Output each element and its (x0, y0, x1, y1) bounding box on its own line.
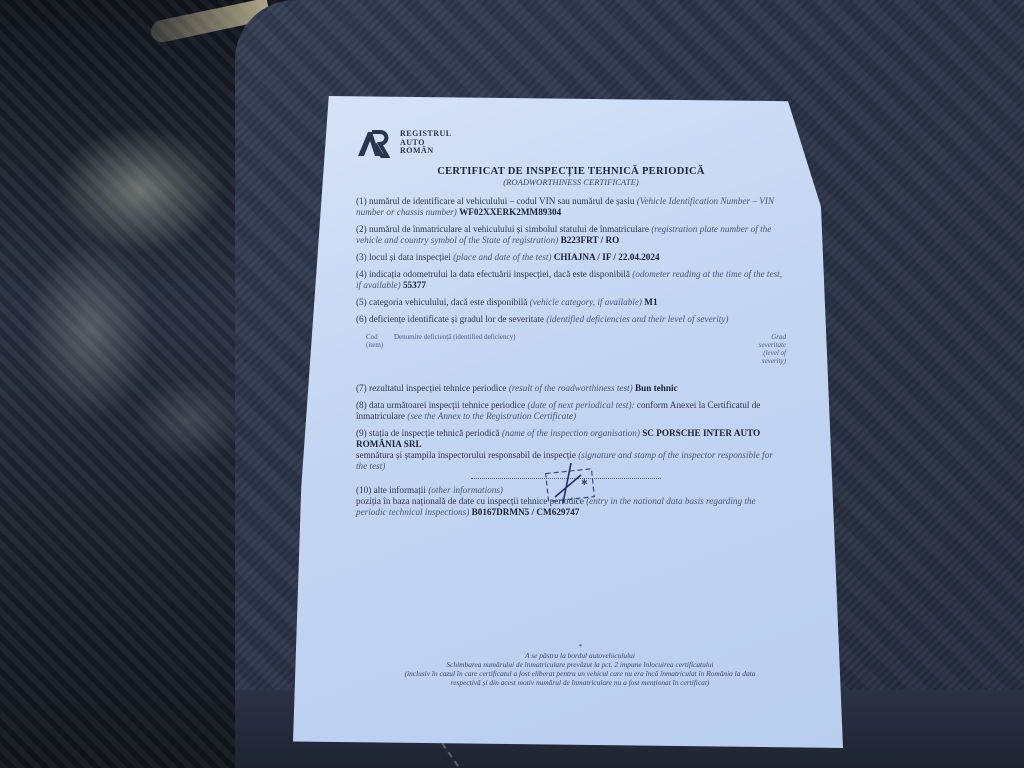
rar-logo: REGISTRUL AUTO ROMÂN (356, 126, 786, 160)
national-db-entry-value: B0167DRMN5 / CM629747 (472, 507, 580, 517)
footer-line-3: (inclusiv în cazul în care certificatul … (370, 669, 790, 678)
field-label: (10) alte informații (356, 485, 426, 495)
logo-line-3: ROMÂN (400, 147, 452, 156)
field-result: (7) rezultatul inspecției tehnice period… (356, 383, 786, 394)
place-date-value: CHIAJNA / IF / 22.04.2024 (554, 252, 660, 262)
field-odometer: (4) indicația odometrului la data efectu… (356, 269, 786, 291)
field-label: (7) rezultatul inspecției tehnice period… (356, 383, 507, 393)
footer-marker: * (370, 642, 790, 651)
footer-line-1: A se păstra la bordul autovehiculului (370, 651, 790, 660)
certificate-subtitle: (ROADWORTHINESS CERTIFICATE) (356, 177, 786, 188)
col-code: Cod (item) (366, 333, 394, 365)
footer-line-2: Schimbarea numărului de înmatriculare pr… (370, 660, 790, 669)
odometer-value: 55377 (403, 280, 426, 290)
field-label-en: (other informations) (428, 485, 503, 495)
svg-text:✱: ✱ (581, 478, 588, 487)
next-test-value-en: (see the Annex to the Registration Certi… (407, 411, 576, 421)
field-vin: (1) numărul de identificare al vehiculul… (356, 196, 786, 218)
registration-value: B223FRT / RO (561, 235, 620, 245)
field-label: (6) deficiențe identificate și gradul lo… (356, 314, 544, 324)
field-deficiencies: (6) deficiențe identificate și gradul lo… (356, 314, 786, 325)
field-label: (9) stația de inspecție tehnică periodic… (356, 428, 500, 438)
field-label-en: (identified deficiencies and their level… (546, 314, 728, 324)
col-deficiency-name: Denumire deficiență (identified deficien… (394, 333, 756, 365)
certificate-content: REGISTRUL AUTO ROMÂN CERTIFICAT DE INSPE… (356, 126, 786, 524)
field-label-en: (name of the inspection organisation) (502, 428, 640, 438)
footer-line-4: respectivă și din acest motiv numărul de… (370, 678, 790, 687)
rar-logo-icon (356, 128, 392, 158)
field-label: (5) categoria vehiculului, dacă este dis… (356, 297, 527, 307)
certificate-footer: * A se păstra la bordul autovehiculului … (370, 642, 790, 687)
field-label: (2) numărul de înmatriculare al vehiculu… (356, 224, 649, 234)
result-value: Bun tehnic (635, 383, 678, 393)
certificate-title: CERTIFICAT DE INSPECȚIE TEHNICĂ PERIODIC… (356, 166, 786, 177)
field-next-test: (8) data următoarei inspecții tehnice pe… (356, 400, 786, 422)
category-value: M1 (644, 297, 657, 307)
inspector-stamp-icon: ✱ (541, 463, 601, 505)
vin-value: WF02XXERK2MM89304 (459, 207, 561, 217)
field-label: (3) locul și data inspecției (356, 252, 451, 262)
field-label-en: (result of the roadworthiness test) (509, 383, 633, 393)
field-place-date: (3) locul și data inspecției (place and … (356, 252, 786, 263)
field-label: (8) data următoarei inspecții tehnice pe… (356, 400, 525, 410)
col-severity: Grad severitate (level of severity) (756, 333, 786, 365)
field-label: (1) numărul de identificare al vehiculul… (356, 196, 634, 206)
field-label: (4) indicația odometrului la data efectu… (356, 269, 630, 279)
field-label-en: (place and date of the test) (453, 252, 551, 262)
field-label-en: (vehicle category, if available) (530, 297, 642, 307)
signature-label: semnătura și ștampila inspectorului resp… (356, 450, 576, 460)
field-label-en: (date of next periodical test): (527, 400, 634, 410)
field-registration: (2) numărul de înmatriculare al vehiculu… (356, 224, 786, 246)
deficiency-table-header: Cod (item) Denumire deficiență (identifi… (366, 333, 786, 365)
field-category: (5) categoria vehiculului, dacă este dis… (356, 297, 786, 308)
